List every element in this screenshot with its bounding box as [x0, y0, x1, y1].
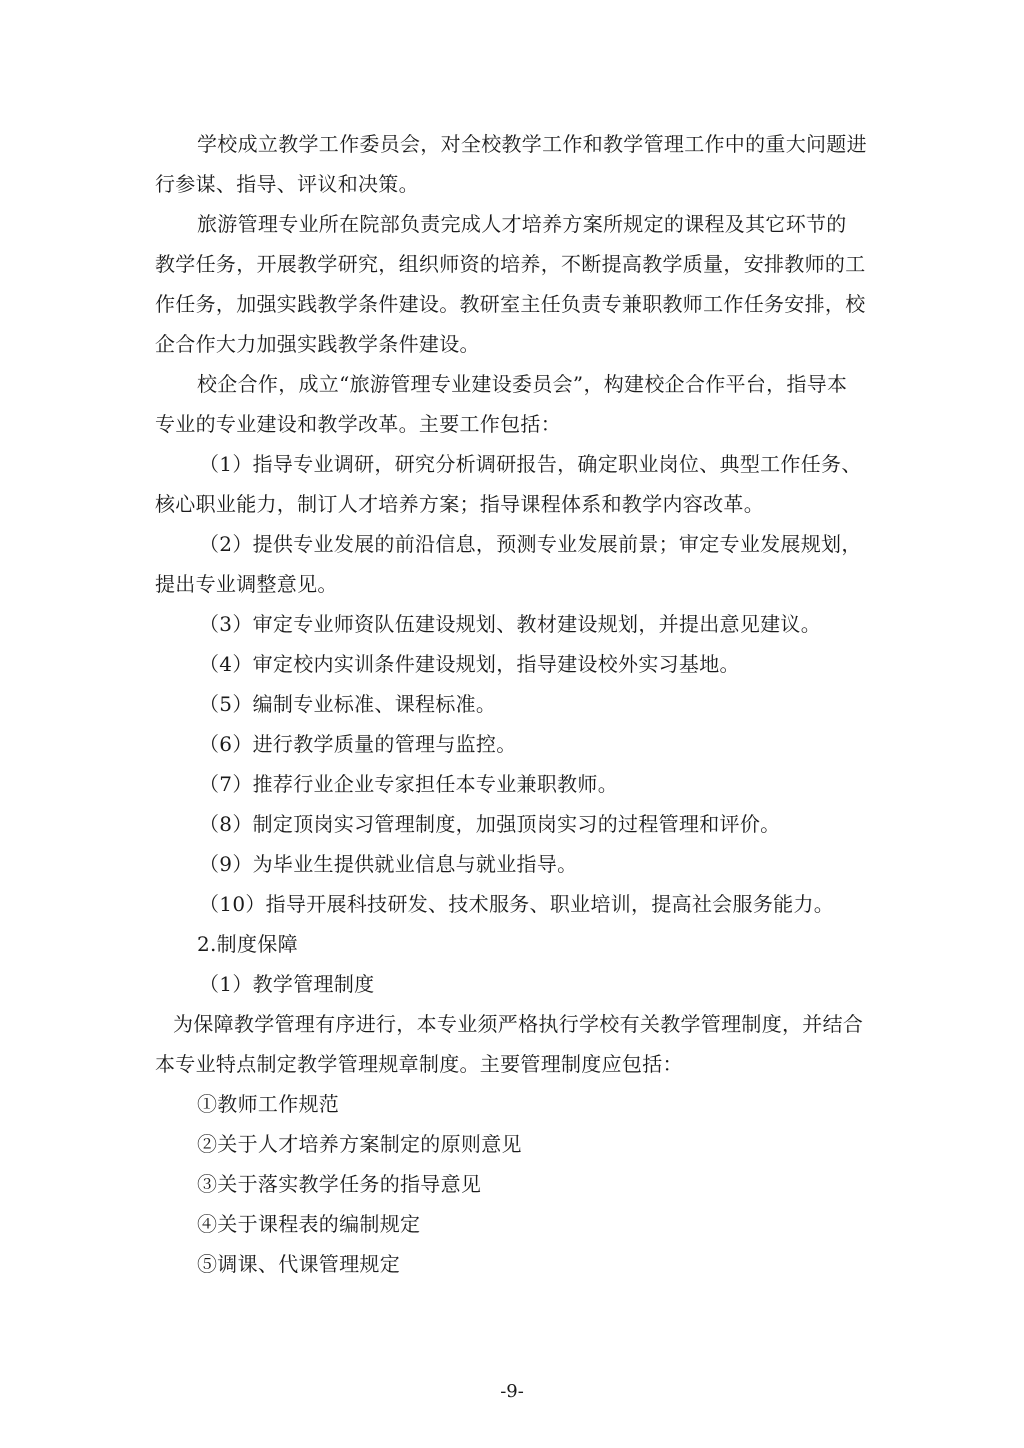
- text-line: 行参谋、指导、评议和决策。: [155, 164, 871, 204]
- text-line: 核心职业能力，制订人才培养方案；指导课程体系和教学内容改革。: [155, 484, 871, 524]
- text-line: 作任务，加强实践教学条件建设。教研室主任负责专兼职教师工作任务安排，校: [155, 284, 871, 324]
- page-number: -9-: [0, 1380, 1024, 1404]
- section-heading: 2.制度保障: [155, 924, 871, 964]
- text-line: 教学任务，开展教学研究，组织师资的培养，不断提高教学质量，安排教师的工: [155, 244, 871, 284]
- work-item: （10）指导开展科技研发、技术服务、职业培训，提高社会服务能力。: [155, 884, 871, 924]
- work-item: （8）制定顶岗实习管理制度，加强顶岗实习的过程管理和评价。: [155, 804, 871, 844]
- work-item: （7）推荐行业企业专家担任本专业兼职教师。: [155, 764, 871, 804]
- document-page: 学校成立教学工作委员会，对全校教学工作和教学管理工作中的重大问题进 行参谋、指导…: [155, 124, 871, 1284]
- work-item: （9）为毕业生提供就业信息与就业指导。: [155, 844, 871, 884]
- paragraph-cooperation: 校企合作，成立“旅游管理专业建设委员会”，构建校企合作平台，指导本 专业的专业建…: [155, 364, 871, 444]
- work-item: （5）编制专业标准、课程标准。: [155, 684, 871, 724]
- work-item: （2）提供专业发展的前沿信息，预测专业发展前景；审定专业发展规划， 提出专业调整…: [155, 524, 871, 604]
- text-line: 校企合作，成立“旅游管理专业建设委员会”，构建校企合作平台，指导本: [155, 364, 871, 404]
- text-line: 提出专业调整意见。: [155, 564, 871, 604]
- text-line: 本专业特点制定教学管理规章制度。主要管理制度应包括：: [155, 1044, 871, 1084]
- subsection-heading: （1）教学管理制度: [155, 964, 871, 1004]
- regulation-item: ①教师工作规范: [155, 1084, 871, 1124]
- regulation-item: ④关于课程表的编制规定: [155, 1204, 871, 1244]
- work-item: （3）审定专业师资队伍建设规划、教材建设规划，并提出意见建议。: [155, 604, 871, 644]
- paragraph-committee: 学校成立教学工作委员会，对全校教学工作和教学管理工作中的重大问题进 行参谋、指导…: [155, 124, 871, 204]
- text-line: 学校成立教学工作委员会，对全校教学工作和教学管理工作中的重大问题进: [155, 124, 871, 164]
- text-line: （1）指导专业调研，研究分析调研报告，确定职业岗位、典型工作任务、: [155, 444, 871, 484]
- regulations-list: ①教师工作规范 ②关于人才培养方案制定的原则意见 ③关于落实教学任务的指导意见 …: [155, 1084, 871, 1284]
- text-line: 旅游管理专业所在院部负责完成人才培养方案所规定的课程及其它环节的: [155, 204, 871, 244]
- regulation-item: ③关于落实教学任务的指导意见: [155, 1164, 871, 1204]
- text-line: 企合作大力加强实践教学条件建设。: [155, 324, 871, 364]
- text-line: 为保障教学管理有序进行，本专业须严格执行学校有关教学管理制度，并结合: [155, 1004, 871, 1044]
- regulation-item: ⑤调课、代课管理规定: [155, 1244, 871, 1284]
- work-item: （1）指导专业调研，研究分析调研报告，确定职业岗位、典型工作任务、 核心职业能力…: [155, 444, 871, 524]
- regulation-item: ②关于人才培养方案制定的原则意见: [155, 1124, 871, 1164]
- work-items-list: （1）指导专业调研，研究分析调研报告，确定职业岗位、典型工作任务、 核心职业能力…: [155, 444, 871, 924]
- text-line: （2）提供专业发展的前沿信息，预测专业发展前景；审定专业发展规划，: [155, 524, 871, 564]
- paragraph-system-intro: 为保障教学管理有序进行，本专业须严格执行学校有关教学管理制度，并结合 本专业特点…: [155, 1004, 871, 1084]
- work-item: （4）审定校内实训条件建设规划，指导建设校外实习基地。: [155, 644, 871, 684]
- work-item: （6）进行教学质量的管理与监控。: [155, 724, 871, 764]
- text-line: 专业的专业建设和教学改革。主要工作包括：: [155, 404, 871, 444]
- paragraph-department: 旅游管理专业所在院部负责完成人才培养方案所规定的课程及其它环节的 教学任务，开展…: [155, 204, 871, 364]
